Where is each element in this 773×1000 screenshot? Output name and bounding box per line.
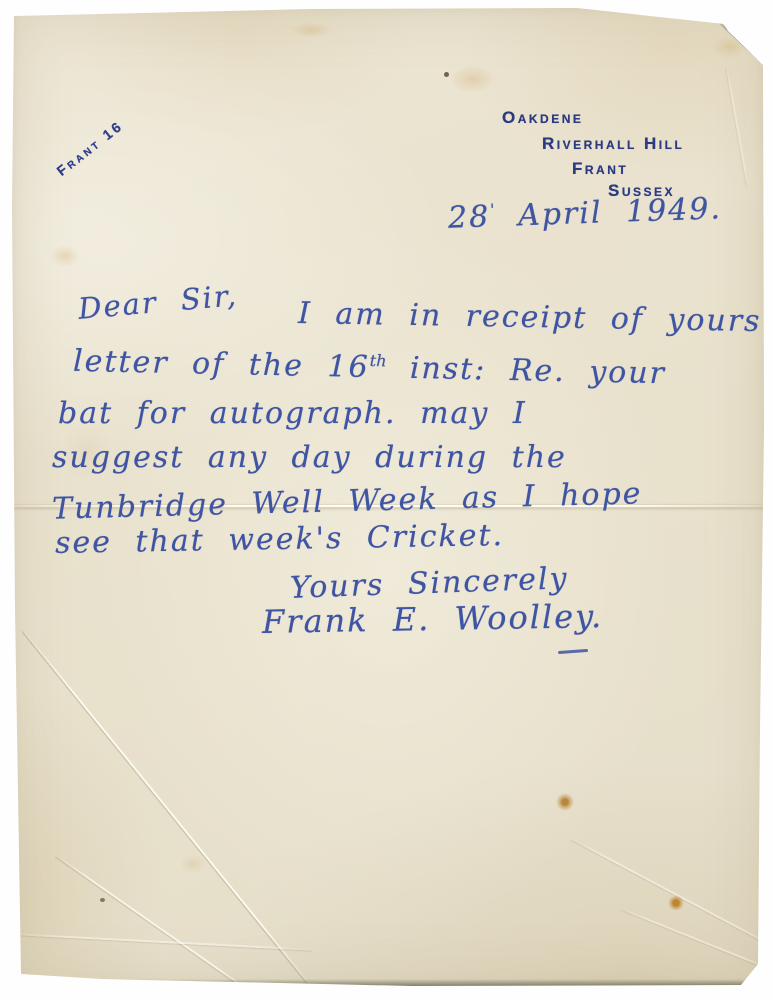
body-line-6: see that week's Cricket. — [55, 518, 505, 561]
stamp-frant-16: Frant 16 — [54, 117, 127, 179]
crease-diagonal-bottom-right — [571, 838, 773, 948]
body-line-1: I am in receipt of yours — [298, 296, 762, 339]
crease-diagonal-bottom-right-2 — [621, 908, 770, 970]
ink-speck — [100, 898, 105, 902]
body-line-4: suggest any day during the — [52, 440, 567, 475]
stain-spot — [712, 36, 746, 58]
date-rest: April 1949. — [494, 191, 722, 234]
body-line-2: letter of the 16th inst: Re. your — [73, 344, 667, 391]
letter-paper: Frant 16 Oakdene Riverhall Hill Frant Su… — [12, 8, 764, 986]
stain-spot — [668, 896, 684, 910]
letterhead-line-oakdene: Oakdene — [502, 108, 583, 128]
crease-horizontal-bottom — [12, 933, 312, 951]
stain-spot — [290, 22, 332, 38]
scanned-letter-scene: Frant 16 Oakdene Riverhall Hill Frant Su… — [0, 0, 773, 1000]
stain-spot — [450, 65, 495, 93]
handwritten-date: 28' April 1949. — [447, 191, 722, 236]
line-text: inst: Re. your — [386, 350, 666, 391]
salutation: Dear Sir, — [77, 278, 239, 326]
body-line-3: bat for autograph. may I — [58, 396, 527, 431]
letterhead-line-riverhall-hill: Riverhall Hill — [542, 134, 684, 154]
crease-diagonal-bottom-left — [22, 630, 313, 989]
paper-bottom-edge-shadow — [12, 979, 764, 986]
stain-spot — [556, 793, 574, 811]
signature-dash-stroke — [558, 649, 588, 654]
line-text: letter of the 16 — [73, 344, 370, 385]
dog-ear-fold-top-right — [717, 20, 759, 60]
date-day: 28 — [447, 199, 490, 235]
stain-spot — [180, 855, 206, 873]
line-superscript: th — [370, 351, 387, 370]
crease-diagonal-lower-left — [56, 855, 254, 994]
letterhead-line-frant: Frant — [572, 159, 628, 179]
crease-right-edge — [726, 68, 749, 187]
body-line-5: Tunbridge Well Week as I hope — [52, 476, 643, 526]
signature: Frank E. Woolley. — [262, 597, 604, 641]
stain-spot — [50, 245, 80, 267]
ink-speck — [444, 72, 449, 77]
